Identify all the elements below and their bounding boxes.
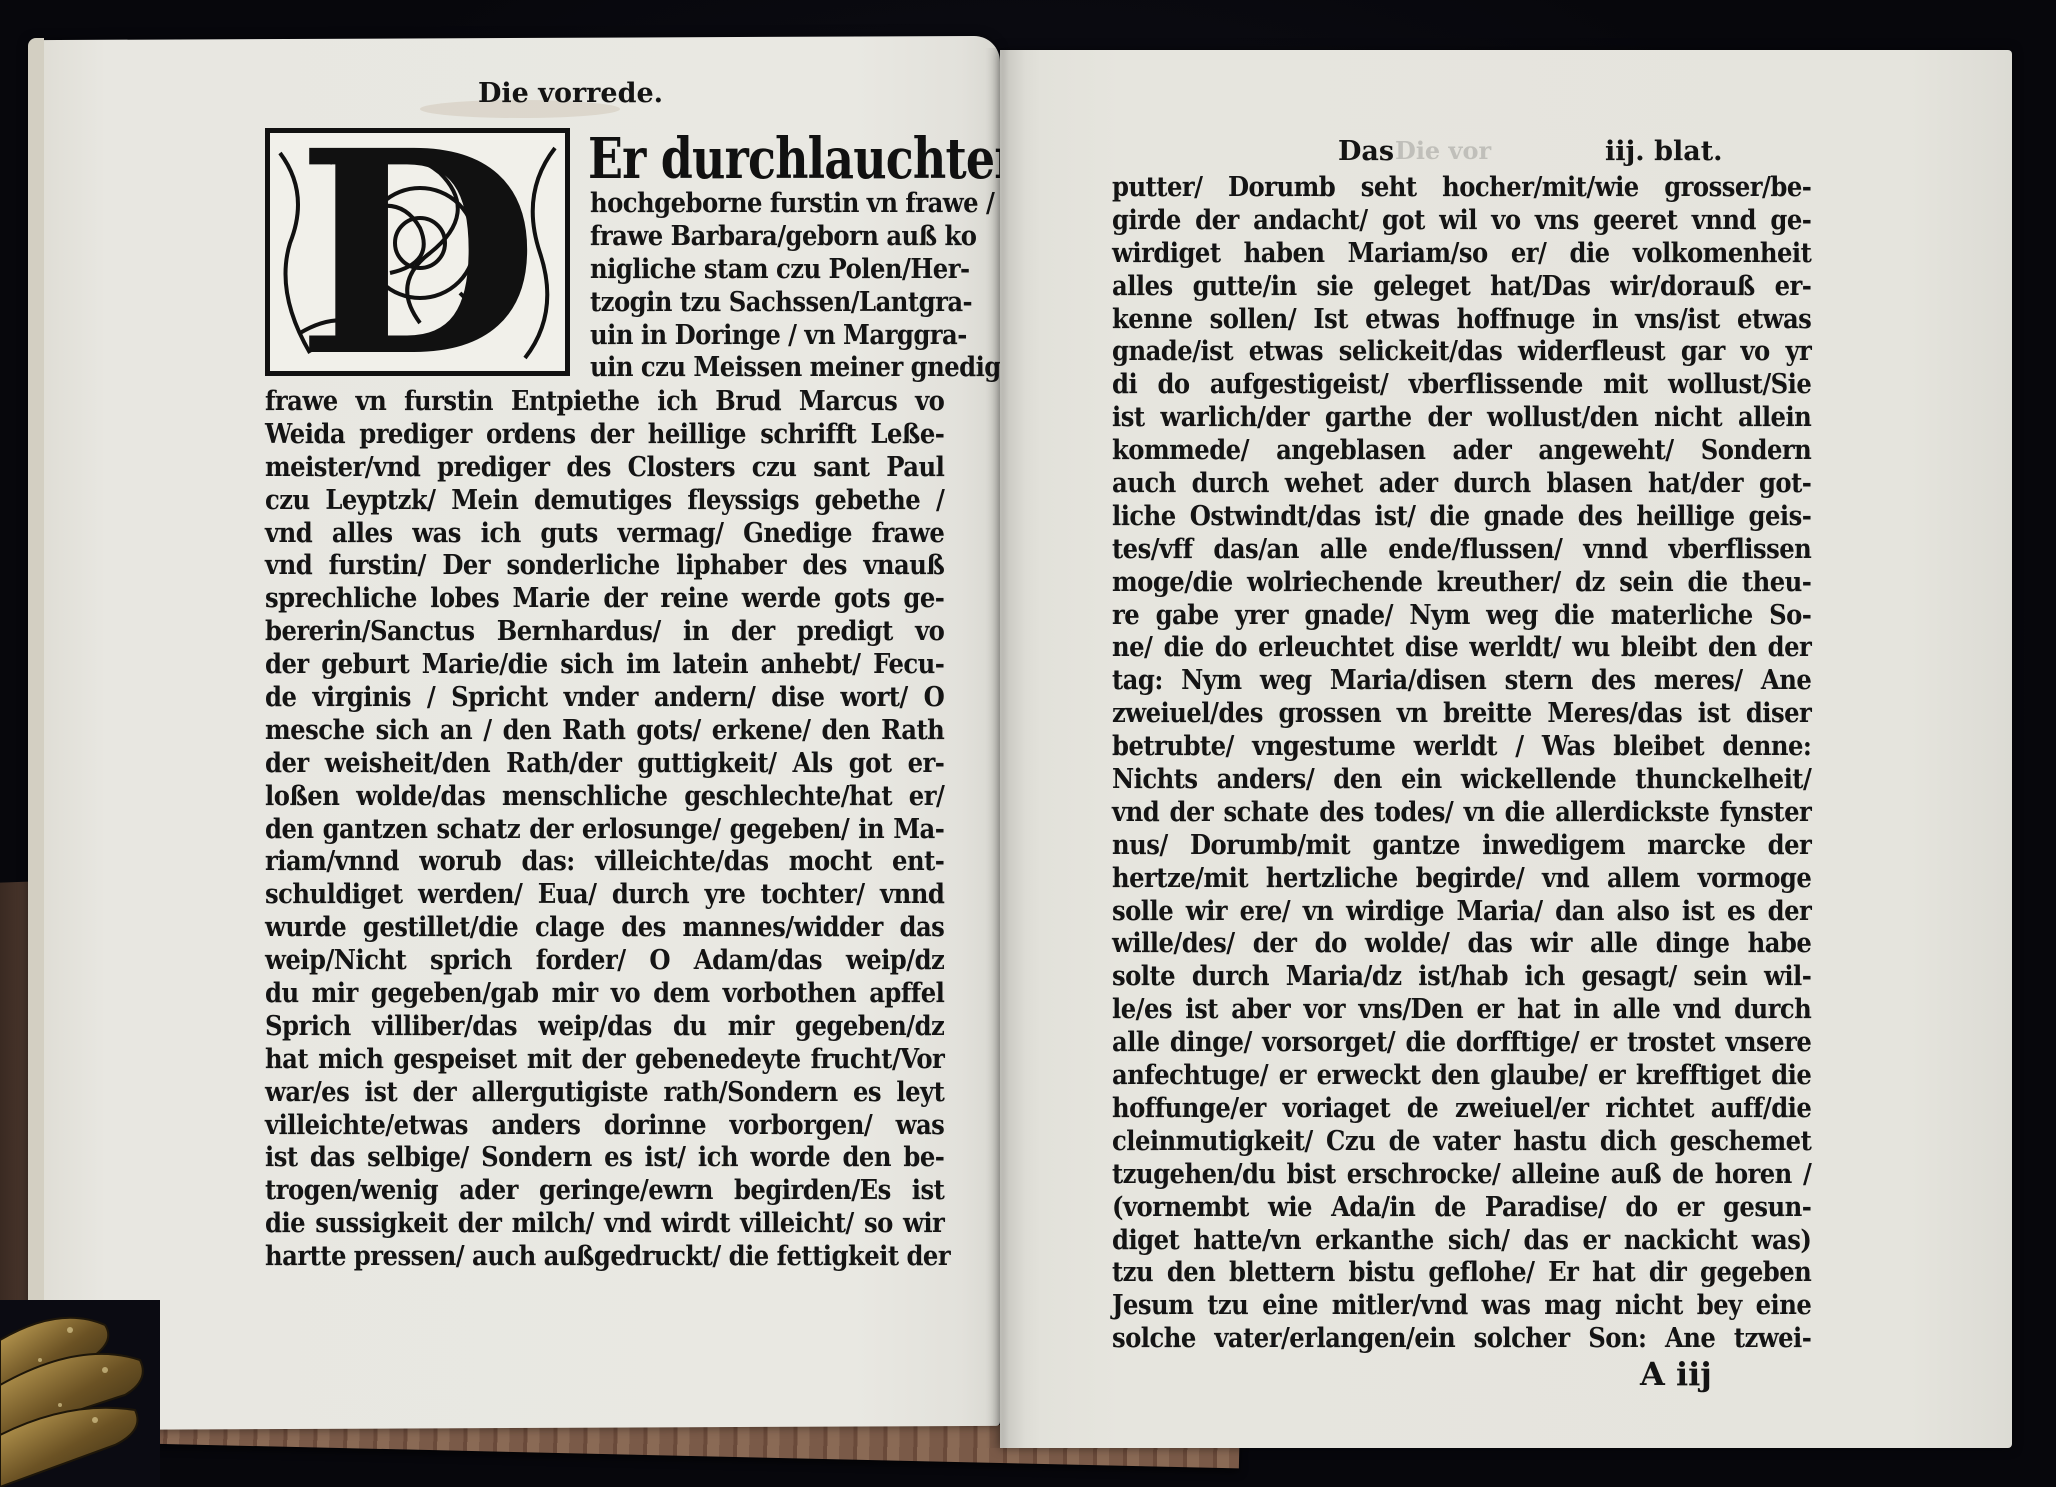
book-gutter bbox=[985, 48, 1025, 1448]
text-line: loßen wolde/das menschliche geschlechte/… bbox=[265, 781, 944, 814]
text-line: hartte pressen/ auch außgedruckt/ die fe… bbox=[265, 1241, 944, 1274]
text-line: solche vater/erlangen/ein solcher Son: A… bbox=[1112, 1323, 1811, 1356]
left-page-edge bbox=[28, 38, 44, 1338]
text-line: bererin/Sanctus Bernhardus/ in der predi… bbox=[265, 616, 944, 649]
text-line: die sussigkeit der milch/ vnd wirdt vill… bbox=[265, 1208, 944, 1241]
text-line: riam/vnnd worub das: villeichte/das moch… bbox=[265, 846, 944, 879]
text-line: der weisheit/den Rath/der guttigkeit/ Al… bbox=[265, 748, 944, 781]
text-line: hoffunge/er voriaget de zweiuel/er richt… bbox=[1112, 1093, 1811, 1126]
text-line: hertze/mit hertzliche begirde/ vnd allem… bbox=[1112, 863, 1811, 896]
right-running-head-left: Das bbox=[1338, 136, 1394, 167]
text-line: uin czu Meissen meiner gnedige bbox=[590, 352, 945, 385]
brass-clasp-icon bbox=[0, 1300, 160, 1487]
text-line: zweiuel/des grossen vn breitte Meres/das… bbox=[1112, 698, 1811, 731]
text-line: alles gutte/in sie geleget hat/Das wir/d… bbox=[1112, 271, 1811, 304]
text-line: tes/vff das/an alle ende/flussen/ vnnd v… bbox=[1112, 534, 1811, 567]
text-line: ist warlich/der garthe der wollust/den n… bbox=[1112, 402, 1811, 435]
text-line: weip/Nicht sprich forder/ O Adam/das wei… bbox=[265, 945, 944, 978]
text-line: der geburt Marie/die sich im latein anhe… bbox=[265, 649, 944, 682]
text-line: nus/ Dorumb/mit gantze inwedigem marcke … bbox=[1112, 830, 1811, 863]
signature-mark: A iij bbox=[1640, 1355, 1712, 1393]
text-line: le/es ist aber vor vns/Den er hat in all… bbox=[1112, 994, 1811, 1027]
text-line: girde der andacht/ got wil vo vns geeret… bbox=[1112, 205, 1811, 238]
headline: Er durchlauchtenn bbox=[588, 128, 879, 190]
text-line: gnade/ist etwas selickeit/das widerfleus… bbox=[1112, 336, 1811, 369]
text-line: alle dinge/ vorsorget/ die dorfftige/ er… bbox=[1112, 1027, 1811, 1060]
text-line: Sprich villiber/das weip/das du mir gege… bbox=[265, 1011, 944, 1044]
text-line: ist das selbige/ Sondern es ist/ ich wor… bbox=[265, 1142, 944, 1175]
text-line: kenne sollen/ Ist etwas hoffnuge in vns/… bbox=[1112, 304, 1811, 337]
left-text-beside-initial: hochgeborne furstin vn frawe / frawe Bar… bbox=[590, 188, 945, 385]
text-line: war/es ist der allergutigiste rath/Sonde… bbox=[265, 1077, 944, 1110]
decorated-initial: D bbox=[265, 128, 570, 376]
text-line: di do aufgestigeist/ vberflissende mit w… bbox=[1112, 369, 1811, 402]
text-line: frawe Barbara/geborn auß ko bbox=[590, 221, 945, 254]
initial-letter: D bbox=[270, 128, 565, 376]
text-line: Nichts anders/ den ein wickellende thunc… bbox=[1112, 764, 1811, 797]
left-text-body: frawe vn furstin Entpiethe ich Brud Marc… bbox=[265, 386, 945, 1274]
text-line: du mir gegeben/gab mir vo dem vorbothen … bbox=[265, 978, 944, 1011]
text-line: Jesum tzu eine mitler/vnd was mag nicht … bbox=[1112, 1290, 1811, 1323]
right-text-body: putter/ Dorumb seht hocher/mit/wie gross… bbox=[1112, 172, 1812, 1356]
text-line: schuldiget werden/ Eua/ durch yre tochte… bbox=[265, 879, 944, 912]
text-line: anfechtuge/ er erweckt den glaube/ er kr… bbox=[1112, 1060, 1811, 1093]
text-line: solle wir ere/ vn wirdige Maria/ dan als… bbox=[1112, 896, 1811, 929]
text-line: liche Ostwindt/das ist/ die gnade des he… bbox=[1112, 501, 1811, 534]
text-line: (vornembt wie Ada/in de Paradise/ do er … bbox=[1112, 1192, 1811, 1225]
text-line: re gabe yrer gnade/ Nym weg die materlic… bbox=[1112, 600, 1811, 633]
text-line: tzogin tzu Sachssen/Lantgra- bbox=[590, 287, 945, 320]
text-line: kommede/ angeblasen ader angeweht/ Sonde… bbox=[1112, 435, 1811, 468]
text-line: vnd der schate des todes/ vn die allerdi… bbox=[1112, 797, 1811, 830]
text-line: ne/ die do erleuchtet dise werldt/ wu bl… bbox=[1112, 632, 1811, 665]
text-line: auch durch wehet ader durch blasen hat/d… bbox=[1112, 468, 1811, 501]
text-line: tag: Nym weg Maria/disen stern des meres… bbox=[1112, 665, 1811, 698]
text-line: uin in Doringe / vn Marggra- bbox=[590, 320, 945, 353]
text-line: hochgeborne furstin vn frawe / bbox=[590, 188, 945, 221]
text-line: diget hatte/vn erkanthe sich/ das er nac… bbox=[1112, 1225, 1811, 1258]
text-line: meister/vnd prediger des Closters czu sa… bbox=[265, 452, 944, 485]
text-line: vnd alles was ich guts vermag/ Gnedige f… bbox=[265, 518, 944, 551]
text-line: solte durch Maria/dz ist/hab ich gesagt/… bbox=[1112, 961, 1811, 994]
text-line: tzugehen/du bist erschrocke/ alleine auß… bbox=[1112, 1159, 1811, 1192]
show-through-text: Die vor bbox=[1395, 136, 1491, 165]
text-line: wurde gestillet/die clage des mannes/wid… bbox=[265, 912, 944, 945]
text-line: wirdiget haben Mariam/so er/ die volkome… bbox=[1112, 238, 1811, 271]
right-running-head-right: iij. blat. bbox=[1605, 136, 1723, 167]
left-running-head: Die vorrede. bbox=[478, 78, 663, 109]
text-line: putter/ Dorumb seht hocher/mit/wie gross… bbox=[1112, 172, 1811, 205]
text-line: trogen/wenig ader geringe/ewrn begirden/… bbox=[265, 1175, 944, 1208]
text-line: moge/die wolriechende kreuther/ dz sein … bbox=[1112, 567, 1811, 600]
text-line: villeichte/etwas anders dorinne vorborge… bbox=[265, 1110, 944, 1143]
text-line: betrubte/ vngestume werldt / Was bleibet… bbox=[1112, 731, 1811, 764]
text-line: nigliche stam czu Polen/Her- bbox=[590, 254, 945, 287]
text-line: frawe vn furstin Entpiethe ich Brud Marc… bbox=[265, 386, 944, 419]
text-line: hat mich gespeiset mit der gebenedeyte f… bbox=[265, 1044, 944, 1077]
text-line: cleinmutigkeit/ Czu de vater hastu dich … bbox=[1112, 1126, 1811, 1159]
text-line: den gantzen schatz der erlosunge/ gegebe… bbox=[265, 814, 944, 847]
text-line: vnd furstin/ Der sonderliche liphaber de… bbox=[265, 550, 944, 583]
text-line: sprechliche lobes Marie der reine werde … bbox=[265, 583, 944, 616]
text-line: wille/des/ der do wolde/ das wir alle di… bbox=[1112, 928, 1811, 961]
text-line: de virginis / Spricht vnder andern/ dise… bbox=[265, 682, 944, 715]
text-line: mesche sich an / den Rath gots/ erkene/ … bbox=[265, 715, 944, 748]
text-line: Weida prediger ordens der heillige schri… bbox=[265, 419, 944, 452]
text-line: tzu den blettern bistu geflohe/ Er hat d… bbox=[1112, 1257, 1811, 1290]
text-line: czu Leyptzk/ Mein demutiges fleyssigs ge… bbox=[265, 485, 944, 518]
